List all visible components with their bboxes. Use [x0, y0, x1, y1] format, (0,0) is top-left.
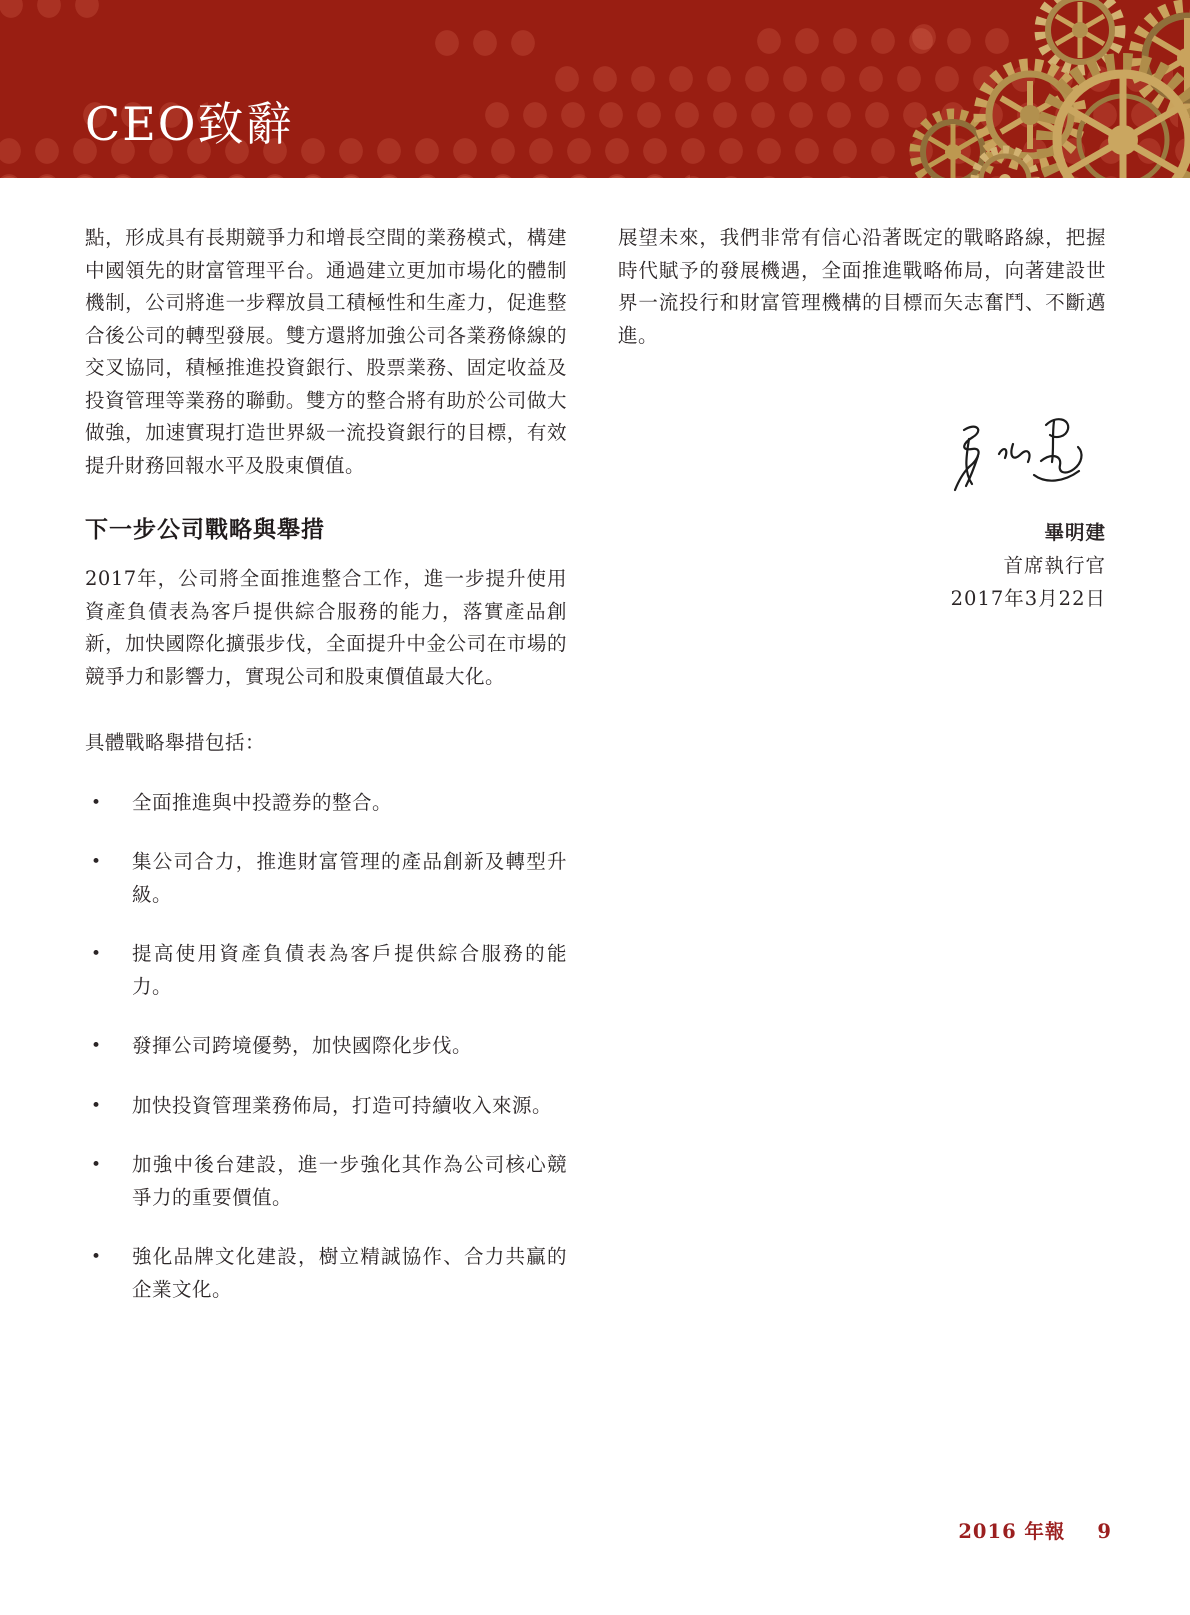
list-item: • 強化品牌文化建設，樹立精誠協作、合力共贏的企業文化。 — [85, 1241, 567, 1306]
list-item-text: 加快投資管理業務佈局，打造可持續收入來源。 — [132, 1090, 567, 1123]
signature-image — [942, 408, 1092, 508]
page-footer: 2016 年報 9 — [958, 1516, 1112, 1544]
bullet-icon: • — [85, 1090, 132, 1123]
right-column: 展望未來，我們非常有信心沿著既定的戰略路線，把握時代賦予的發展機遇，全面推進戰略… — [618, 222, 1106, 1306]
strategy-list: • 全面推進與中投證券的整合。 • 集公司合力，推進財富管理的產品創新及轉型升級… — [85, 787, 567, 1307]
signatory-title: 首席執行官 — [618, 549, 1106, 582]
signature-block: 畢明建 首席執行官 2017年3月22日 — [618, 408, 1106, 615]
paragraph-2017-plan: 2017年，公司將全面推進整合工作，進一步提升使用資產負債表為客戶提供綜合服務的… — [85, 563, 567, 693]
list-item: • 全面推進與中投證券的整合。 — [85, 787, 567, 820]
page-number: 9 — [1097, 1520, 1112, 1543]
list-item-text: 加強中後台建設，進一步強化其作為公司核心競爭力的重要價值。 — [132, 1149, 567, 1214]
gears-icon — [855, 0, 1190, 178]
left-column: 點，形成具有長期競爭力和增長空間的業務模式，構建中國領先的財富管理平台。通過建立… — [85, 222, 567, 1306]
bullet-icon: • — [85, 787, 132, 820]
dot-pattern — [428, 24, 546, 62]
list-item: • 加強中後台建設，進一步強化其作為公司核心競爭力的重要價值。 — [85, 1149, 567, 1214]
list-item-text: 強化品牌文化建設，樹立精誠協作、合力共贏的企業文化。 — [132, 1241, 567, 1306]
section-heading-strategy: 下一步公司戰略與舉措 — [85, 513, 567, 547]
report-page: CEO致辭 點，形成具有長期競爭力和增長空間的業務模式，構建中國領先的財富管理平… — [0, 0, 1190, 1615]
list-item-text: 發揮公司跨境優勢，加快國際化步伐。 — [132, 1030, 567, 1063]
signatory-name: 畢明建 — [618, 516, 1106, 549]
bullet-icon: • — [85, 938, 132, 1003]
list-item: • 集公司合力，推進財富管理的產品創新及轉型升級。 — [85, 846, 567, 911]
list-intro: 具體戰略舉措包括： — [85, 727, 567, 760]
list-item: • 加快投資管理業務佈局，打造可持續收入來源。 — [85, 1090, 567, 1123]
list-item-text: 集公司合力，推進財富管理的產品創新及轉型升級。 — [132, 846, 567, 911]
dot-pattern — [0, 168, 690, 178]
bullet-icon: • — [85, 1149, 132, 1214]
list-item: • 發揮公司跨境優勢，加快國際化步伐。 — [85, 1030, 567, 1063]
page-banner: CEO致辭 — [0, 0, 1190, 178]
list-item-text: 提高使用資產負債表為客戶提供綜合服務的能力。 — [132, 938, 567, 1003]
paragraph-outlook: 展望未來，我們非常有信心沿著既定的戰略路線，把握時代賦予的發展機遇，全面推進戰略… — [618, 222, 1106, 352]
report-label: 2016 年報 — [958, 1516, 1065, 1544]
bullet-icon: • — [85, 1030, 132, 1063]
bullet-icon: • — [85, 1241, 132, 1306]
bullet-icon: • — [85, 846, 132, 911]
list-item: • 提高使用資產負債表為客戶提供綜合服務的能力。 — [85, 938, 567, 1003]
page-title: CEO致辭 — [85, 96, 294, 152]
paragraph-integration: 點，形成具有長期競爭力和增長空間的業務模式，構建中國領先的財富管理平台。通過建立… — [85, 222, 567, 482]
page-content: 點，形成具有長期競爭力和增長空間的業務模式，構建中國領先的財富管理平台。通過建立… — [0, 178, 1190, 1306]
list-item-text: 全面推進與中投證券的整合。 — [132, 787, 567, 820]
dot-pattern — [0, 0, 102, 26]
signature-date: 2017年3月22日 — [618, 582, 1106, 615]
